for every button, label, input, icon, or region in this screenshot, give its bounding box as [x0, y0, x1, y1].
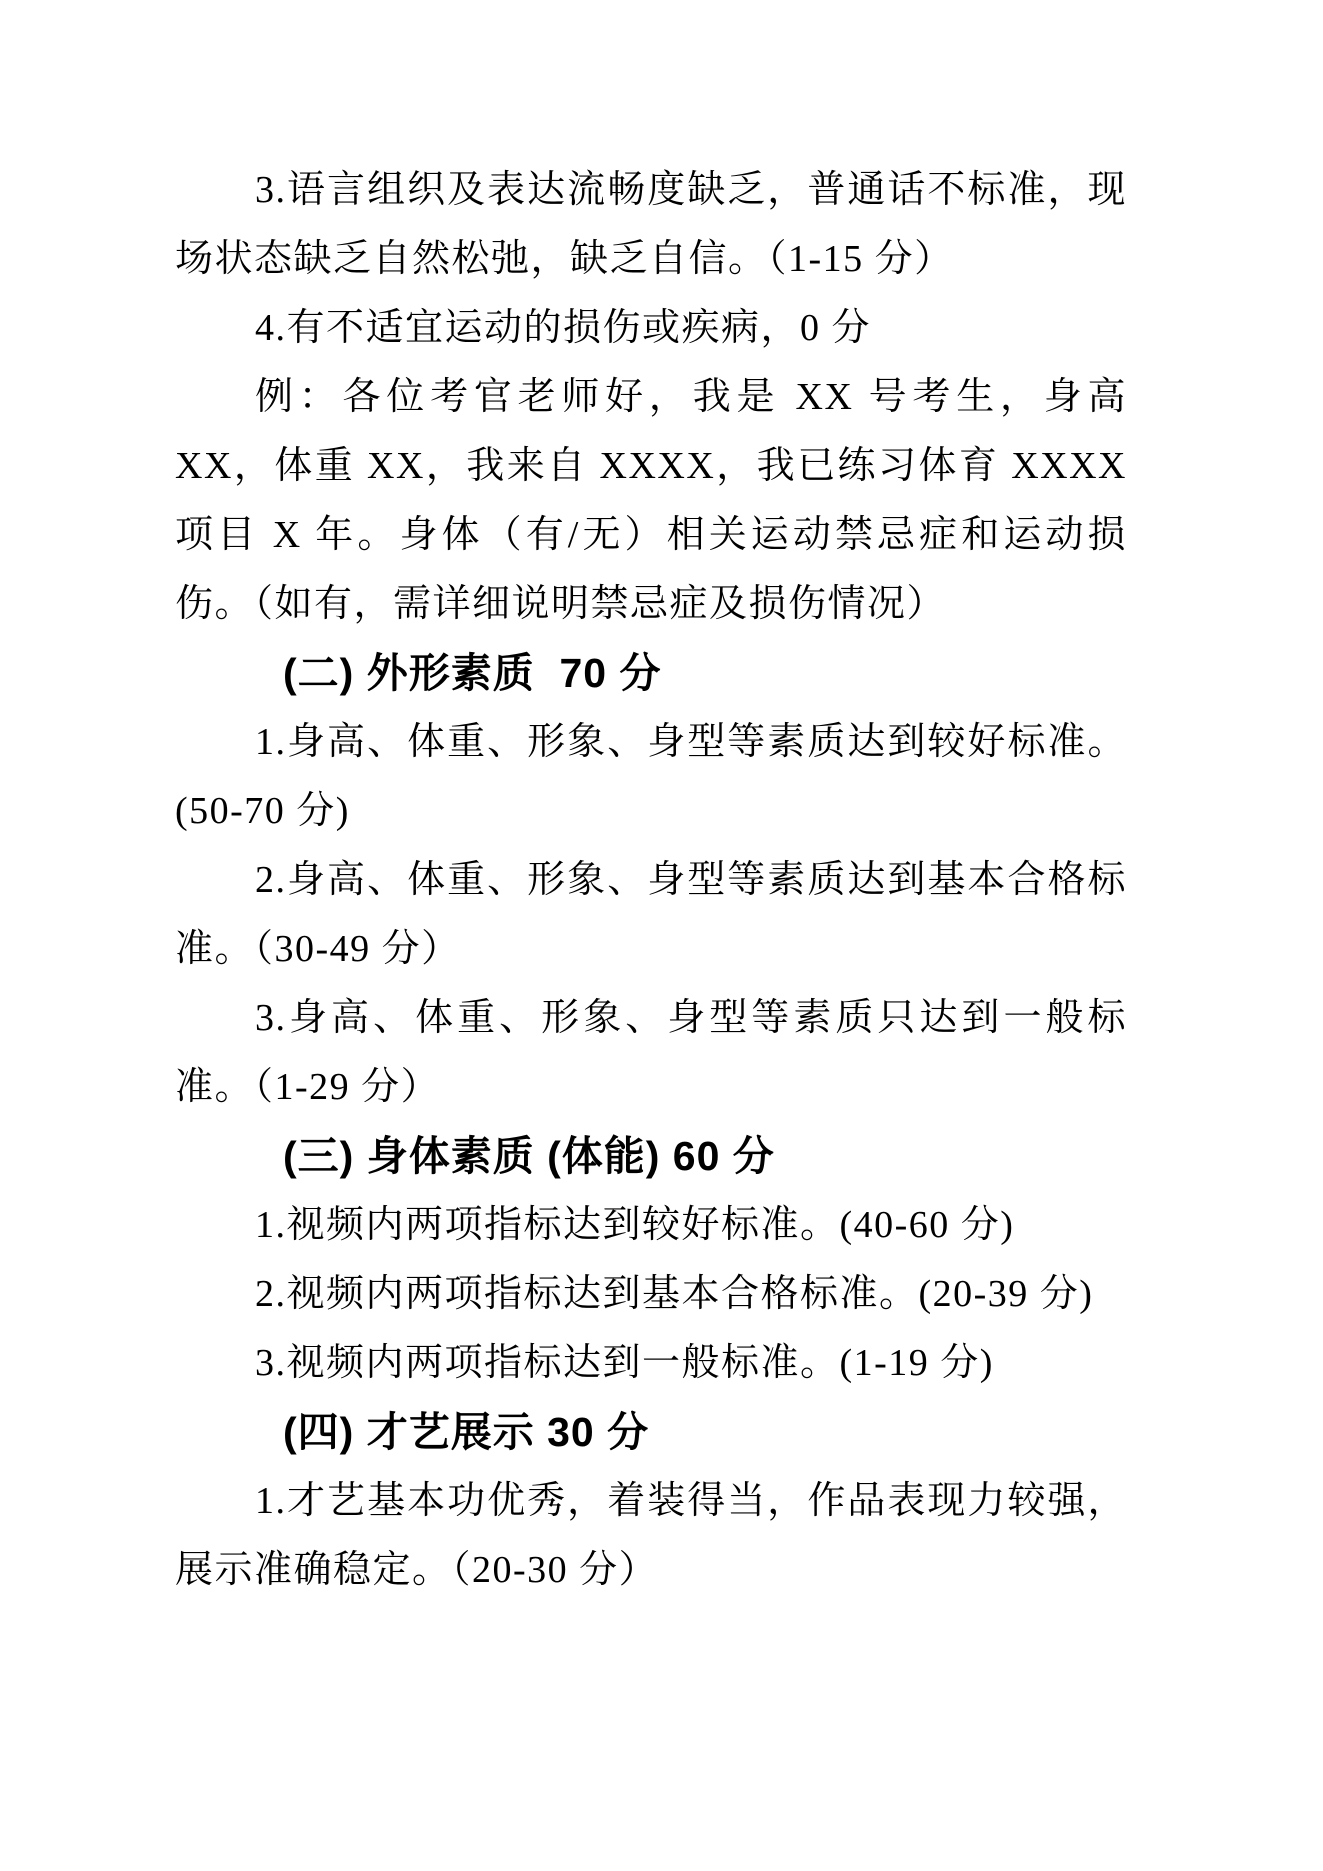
heading-section-2-appearance: (二) 外形素质 70 分	[175, 639, 1127, 708]
para-injury-disease: 4.有不适宜运动的损伤或疾病，0 分	[175, 294, 1127, 363]
para-physical-good: 1.视频内两项指标达到较好标准。(40-60 分)	[175, 1191, 1127, 1260]
para-appearance-pass: 2.身高、体重、形象、身型等素质达到基本合格标准。（30-49 分）	[175, 846, 1127, 984]
para-appearance-good: 1.身高、体重、形象、身型等素质达到较好标准。(50-70 分)	[175, 708, 1127, 846]
heading-section-3-physical: (三) 身体素质 (体能) 60 分	[175, 1122, 1127, 1191]
document-page: 3.语言组织及表达流畅度缺乏，普通话不标准，现场状态缺乏自然松弛，缺乏自信。（1…	[0, 0, 1323, 1871]
document-content: 3.语言组织及表达流畅度缺乏，普通话不标准，现场状态缺乏自然松弛，缺乏自信。（1…	[175, 156, 1127, 1605]
heading-section-4-talent: (四) 才艺展示 30 分	[175, 1398, 1127, 1467]
para-talent-good: 1.才艺基本功优秀，着装得当，作品表现力较强，展示准确稳定。（20-30 分）	[175, 1467, 1127, 1605]
para-physical-pass: 2.视频内两项指标达到基本合格标准。(20-39 分)	[175, 1260, 1127, 1329]
para-physical-average: 3.视频内两项指标达到一般标准。(1-19 分)	[175, 1329, 1127, 1398]
para-language-fluency: 3.语言组织及表达流畅度缺乏，普通话不标准，现场状态缺乏自然松弛，缺乏自信。（1…	[175, 156, 1127, 294]
para-appearance-average: 3.身高、体重、形象、身型等素质只达到一般标准。（1-29 分）	[175, 984, 1127, 1122]
para-self-intro-example: 例：各位考官老师好，我是 XX 号考生，身高 XX，体重 XX，我来自 XXXX…	[175, 363, 1127, 639]
